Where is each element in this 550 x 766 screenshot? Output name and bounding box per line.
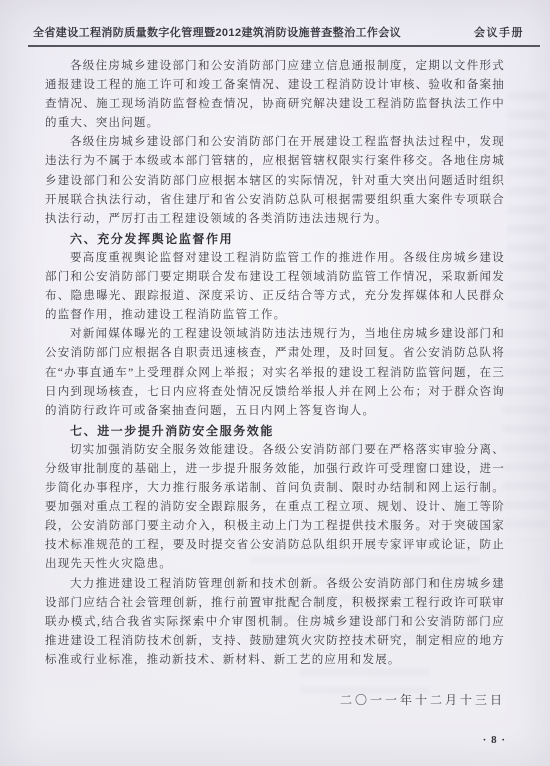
body-paragraph: 各级住房城乡建设部门和公安消防部门应建立信息通报制度，定期以文件形式通报建设工程…	[45, 57, 505, 133]
bleedthrough-artifact	[508, 92, 546, 312]
section-heading-7: 七、进一步提升消防安全服务效能	[45, 422, 505, 441]
body-paragraph: 各级住房城乡建设部门和公安消防部门在开展建设工程监督执法过程中，发现违法行为不属…	[45, 133, 505, 228]
header-title: 全省建设工程消防质量数字化管理暨2012建筑消防设施普查整治工作会议	[33, 24, 401, 40]
document-date: 二〇一一年十二月十三日	[45, 691, 505, 710]
page-header: 全省建设工程消防质量数字化管理暨2012建筑消防设施普查整治工作会议 会议手册	[28, 24, 540, 47]
section-heading-6: 六、充分发挥舆论监督作用	[45, 230, 505, 249]
bleedthrough-artifact	[502, 330, 548, 540]
header-booklet-label: 会议手册	[474, 24, 536, 40]
page-number: · 8 ·	[483, 734, 506, 746]
header-rule	[28, 45, 540, 47]
body-paragraph: 对新闻媒体曝光的工程建设领域消防违法违规行为，当地住房城乡建设部门和公安消防部门…	[45, 325, 505, 420]
document-body: 各级住房城乡建设部门和公安消防部门应建立信息通报制度，定期以文件形式通报建设工程…	[45, 57, 505, 710]
body-paragraph: 要高度重视舆论监督对建设工程消防监管工作的推进作用。各级住房城乡建设部门和公安消…	[45, 249, 505, 325]
scanned-page: 全省建设工程消防质量数字化管理暨2012建筑消防设施普查整治工作会议 会议手册 …	[0, 0, 550, 766]
body-paragraph: 大力推进建设工程消防管理创新和技术创新。各级公安消防部门和住房城乡建设部门应结合…	[45, 575, 505, 670]
body-paragraph: 切实加强消防安全服务效能建设。各级公安消防部门要在严格落实审验分离、分级审批制度…	[45, 441, 505, 575]
